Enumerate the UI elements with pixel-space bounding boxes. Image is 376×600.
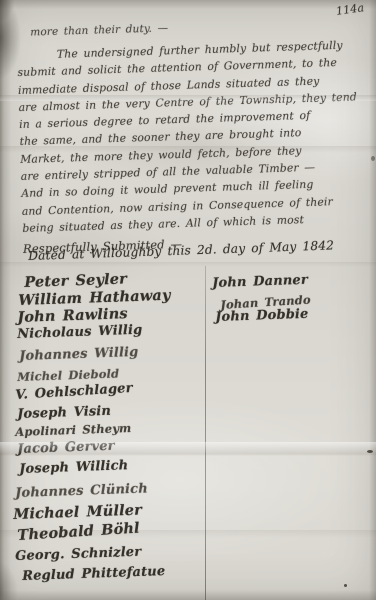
signature: Joseph Willich	[19, 458, 129, 477]
ink-speck	[367, 450, 373, 453]
signature: Theobald Böhl	[17, 520, 140, 544]
vertical-fold-line	[205, 266, 206, 600]
signature: Johannes Willig	[19, 345, 139, 364]
signature: Georg. Schnizler	[15, 545, 141, 564]
signature: Reglud Phittefatue	[22, 564, 165, 584]
signature: John Dobbie	[215, 307, 309, 325]
signature: Joseph Visin	[17, 404, 111, 422]
signature: Johannes Clünich	[15, 481, 148, 501]
signature: Michel Diebold	[17, 366, 119, 384]
scanned-document-page: 114a more than their duty. — The undersi…	[0, 0, 376, 600]
signature: Jacob Gerver	[17, 439, 115, 457]
signature: John Danner	[212, 273, 308, 291]
horizontal-crease	[0, 262, 376, 267]
ink-speck	[371, 156, 375, 161]
ink-speck	[344, 584, 347, 587]
signature: V. Oehlschlager	[15, 381, 133, 403]
handwriting-block: more than their duty. — The undersigned …	[16, 14, 375, 258]
signature: Apolinari Stheym	[15, 421, 132, 439]
signature: Nicholaus Willig	[17, 323, 143, 342]
